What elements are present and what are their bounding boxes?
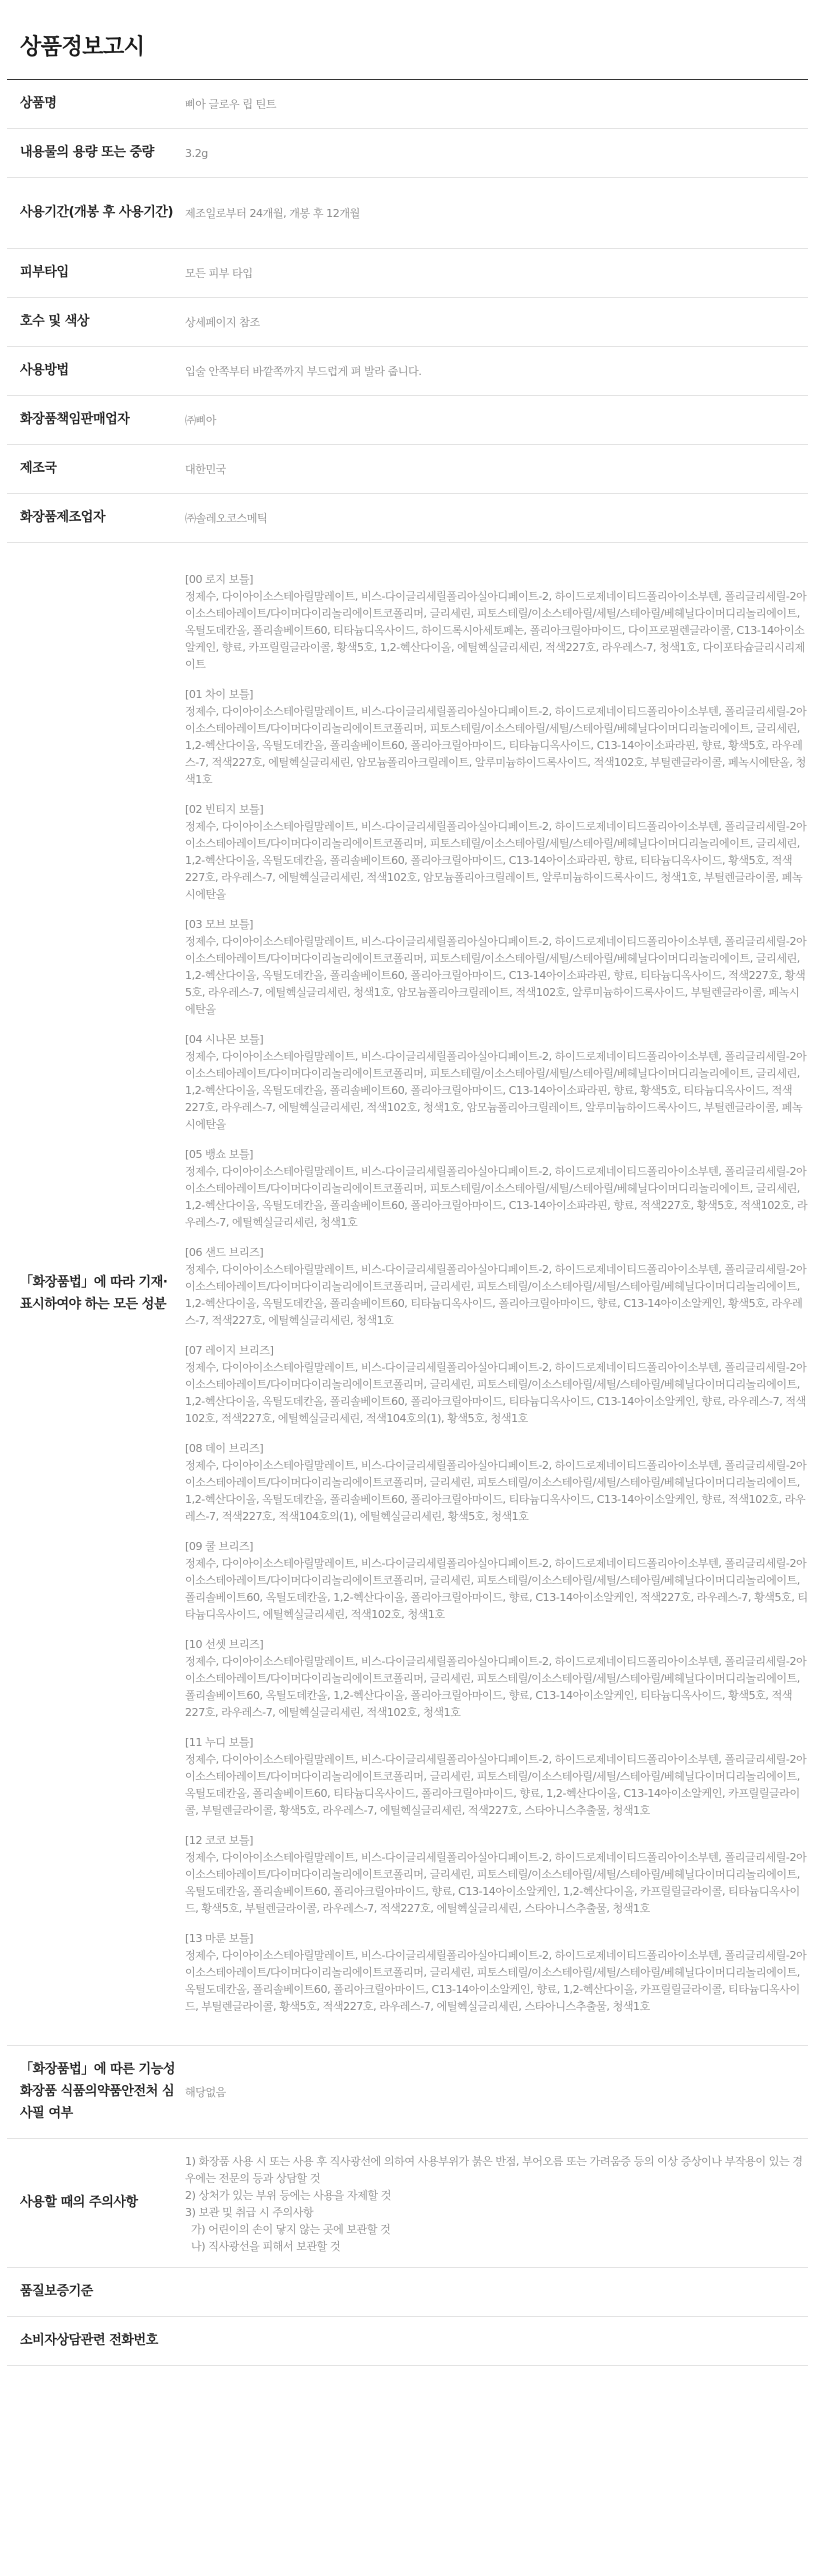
- ingredient-title: [09 쿨 브리즈]: [185, 1538, 808, 1555]
- ingredient-title: [06 샌드 브리즈]: [185, 1244, 808, 1261]
- value-seller: ㈜삐아: [185, 402, 808, 439]
- ingredient-text: 정제수, 다이아이소스테아릴말레이트, 비스-다이글리세릴폴리아실아디페이트-2…: [185, 1457, 808, 1525]
- ingredient-text: 정제수, 다이아이소스테아릴말레이트, 비스-다이글리세릴폴리아실아디페이트-2…: [185, 1555, 808, 1623]
- caution-line: 나) 직사광선을 피해서 보관할 것: [185, 2238, 808, 2255]
- label-caution: 사용할 때의 주의사항: [7, 2182, 185, 2224]
- ingredient-title: [01 차이 보틀]: [185, 686, 808, 703]
- label-quality: 품질보증기준: [7, 2271, 185, 2313]
- caution-line: 가) 어린이의 손이 닿지 않는 곳에 보관할 것: [185, 2221, 808, 2238]
- ingredient-block: [07 레이지 브리즈] 정제수, 다이아이소스테아릴말레이트, 비스-다이글리…: [185, 1342, 808, 1427]
- ingredient-title: [02 빈티지 보틀]: [185, 801, 808, 818]
- value-product-name: 삐아 글로우 립 틴트: [185, 86, 808, 123]
- ingredient-block: [12 코코 보틀] 정제수, 다이아이소스테아릴말레이트, 비스-다이글리세릴…: [185, 1832, 808, 1917]
- ingredient-text: 정제수, 다이아이소스테아릴말레이트, 비스-다이글리세릴폴리아실아디페이트-2…: [185, 1751, 808, 1819]
- ingredient-text: 정제수, 다이아이소스테아릴말레이트, 비스-다이글리세릴폴리아실아디페이트-2…: [185, 1261, 808, 1329]
- ingredient-title: [07 레이지 브리즈]: [185, 1342, 808, 1359]
- label-contact: 소비자상담관련 전화번호: [7, 2320, 185, 2362]
- ingredient-text: 정제수, 다이아이소스테아릴말레이트, 비스-다이글리세릴폴리아실아디페이트-2…: [185, 1163, 808, 1231]
- value-volume: 3.2g: [185, 135, 808, 172]
- product-info-table: 상품명 삐아 글로우 립 틴트 내용물의 용량 또는 중량 3.2g 사용기간(…: [7, 79, 808, 2366]
- label-ingredients: 「화장품법」에 따라 기재·표시하여야 하는 모든 성분: [7, 1262, 185, 1326]
- ingredient-block: [04 시나몬 보틀] 정제수, 다이아이소스테아릴말레이트, 비스-다이글리세…: [185, 1031, 808, 1133]
- label-seller: 화장품책임판매업자: [7, 399, 185, 441]
- ingredient-text: 정제수, 다이아이소스테아릴말레이트, 비스-다이글리세릴폴리아실아디페이트-2…: [185, 588, 808, 673]
- value-manufacturer: ㈜솔레오코스메틱: [185, 500, 808, 537]
- caution-line: 1) 화장품 사용 시 또는 사용 후 직사광선에 의하여 사용부위가 붉은 반…: [185, 2153, 808, 2187]
- row-contact: 소비자상담관련 전화번호: [7, 2317, 808, 2366]
- value-ingredients: [00 로지 보틀] 정제수, 다이아이소스테아릴말레이트, 비스-다이글리세릴…: [185, 543, 808, 2045]
- ingredient-text: 정제수, 다이아이소스테아릴말레이트, 비스-다이글리세릴폴리아실아디페이트-2…: [185, 703, 808, 788]
- ingredient-block: [00 로지 보틀] 정제수, 다이아이소스테아릴말레이트, 비스-다이글리세릴…: [185, 571, 808, 673]
- ingredient-block: [11 누디 보틀] 정제수, 다이아이소스테아릴말레이트, 비스-다이글리세릴…: [185, 1734, 808, 1819]
- row-ingredients: 「화장품법」에 따라 기재·표시하여야 하는 모든 성분 [00 로지 보틀] …: [7, 543, 808, 2046]
- row-shade: 호수 및 색상 상세페이지 참조: [7, 298, 808, 347]
- ingredient-title: [13 마룬 보틀]: [185, 1930, 808, 1947]
- ingredient-block: [06 샌드 브리즈] 정제수, 다이아이소스테아릴말레이트, 비스-다이글리세…: [185, 1244, 808, 1329]
- ingredient-text: 정제수, 다이아이소스테아릴말레이트, 비스-다이글리세릴폴리아실아디페이트-2…: [185, 1048, 808, 1133]
- value-quality: [185, 2282, 808, 2302]
- ingredient-text: 정제수, 다이아이소스테아릴말레이트, 비스-다이글리세릴폴리아실아디페이트-2…: [185, 1359, 808, 1427]
- ingredient-title: [11 누디 보틀]: [185, 1734, 808, 1751]
- row-volume: 내용물의 용량 또는 중량 3.2g: [7, 129, 808, 178]
- ingredient-title: [04 시나몬 보틀]: [185, 1031, 808, 1048]
- row-usage: 사용방법 입술 안쪽부터 바깥쪽까지 부드럽게 펴 발라 줍니다.: [7, 347, 808, 396]
- row-seller: 화장품책임판매업자 ㈜삐아: [7, 396, 808, 445]
- value-skin-type: 모든 피부 타입: [185, 255, 808, 292]
- caution-line: 3) 보관 및 취급 시 주의사항: [185, 2204, 808, 2221]
- ingredient-text: 정제수, 다이아이소스테아릴말레이트, 비스-다이글리세릴폴리아실아디페이트-2…: [185, 933, 808, 1018]
- label-shade: 호수 및 색상: [7, 301, 185, 343]
- ingredient-title: [00 로지 보틀]: [185, 571, 808, 588]
- ingredient-title: [03 모브 보틀]: [185, 916, 808, 933]
- label-volume: 내용물의 용량 또는 중량: [7, 132, 185, 174]
- row-manufacturer: 화장품제조업자 ㈜솔레오코스메틱: [7, 494, 808, 543]
- ingredient-text: 정제수, 다이아이소스테아릴말레이트, 비스-다이글리세릴폴리아실아디페이트-2…: [185, 818, 808, 903]
- page-title: 상품정보고시: [7, 0, 808, 79]
- ingredient-block: [05 뱅쇼 보틀] 정제수, 다이아이소스테아릴말레이트, 비스-다이글리세릴…: [185, 1146, 808, 1231]
- ingredient-title: [08 데이 브리즈]: [185, 1440, 808, 1457]
- ingredient-title: [05 뱅쇼 보틀]: [185, 1146, 808, 1163]
- value-shelf-life: 제조일로부터 24개월, 개봉 후 12개월: [185, 195, 808, 232]
- ingredient-block: [02 빈티지 보틀] 정제수, 다이아이소스테아릴말레이트, 비스-다이글리세…: [185, 801, 808, 903]
- value-country: 대한민국: [185, 451, 808, 488]
- row-quality: 품질보증기준: [7, 2268, 808, 2317]
- value-contact: [185, 2331, 808, 2351]
- label-shelf-life: 사용기간(개봉 후 사용기간): [7, 192, 185, 234]
- row-product-name: 상품명 삐아 글로우 립 틴트: [7, 80, 808, 129]
- row-country: 제조국 대한민국: [7, 445, 808, 494]
- label-country: 제조국: [7, 448, 185, 490]
- value-shade: 상세페이지 참조: [185, 304, 808, 341]
- ingredient-block: [09 쿨 브리즈] 정제수, 다이아이소스테아릴말레이트, 비스-다이글리세릴…: [185, 1538, 808, 1623]
- caution-line: 2) 상처가 있는 부위 등에는 사용을 자제할 것: [185, 2187, 808, 2204]
- ingredient-text: 정제수, 다이아이소스테아릴말레이트, 비스-다이글리세릴폴리아실아디페이트-2…: [185, 1849, 808, 1917]
- ingredient-text: 정제수, 다이아이소스테아릴말레이트, 비스-다이글리세릴폴리아실아디페이트-2…: [185, 1947, 808, 2015]
- ingredient-title: [12 코코 보틀]: [185, 1832, 808, 1849]
- ingredient-block: [08 데이 브리즈] 정제수, 다이아이소스테아릴말레이트, 비스-다이글리세…: [185, 1440, 808, 1525]
- ingredient-title: [10 선셋 브리즈]: [185, 1636, 808, 1653]
- value-usage: 입술 안쪽부터 바깥쪽까지 부드럽게 펴 발라 줍니다.: [185, 353, 808, 390]
- row-skin-type: 피부타입 모든 피부 타입: [7, 249, 808, 298]
- ingredient-text: 정제수, 다이아이소스테아릴말레이트, 비스-다이글리세릴폴리아실아디페이트-2…: [185, 1653, 808, 1721]
- label-usage: 사용방법: [7, 350, 185, 392]
- row-caution: 사용할 때의 주의사항 1) 화장품 사용 시 또는 사용 후 직사광선에 의하…: [7, 2139, 808, 2268]
- label-product-name: 상품명: [7, 83, 185, 125]
- row-shelf-life: 사용기간(개봉 후 사용기간) 제조일로부터 24개월, 개봉 후 12개월: [7, 178, 808, 249]
- ingredient-block: [13 마룬 보틀] 정제수, 다이아이소스테아릴말레이트, 비스-다이글리세릴…: [185, 1930, 808, 2015]
- ingredient-block: [01 차이 보틀] 정제수, 다이아이소스테아릴말레이트, 비스-다이글리세릴…: [185, 686, 808, 788]
- label-manufacturer: 화장품제조업자: [7, 497, 185, 539]
- ingredient-block: [03 모브 보틀] 정제수, 다이아이소스테아릴말레이트, 비스-다이글리세릴…: [185, 916, 808, 1018]
- row-functional: 「화장품법」에 따른 기능성 화장품 식품의약품안전처 심사필 여부 해당없음: [7, 2046, 808, 2139]
- label-skin-type: 피부타입: [7, 252, 185, 294]
- label-functional: 「화장품법」에 따른 기능성 화장품 식품의약품안전처 심사필 여부: [7, 2049, 185, 2135]
- ingredient-block: [10 선셋 브리즈] 정제수, 다이아이소스테아릴말레이트, 비스-다이글리세…: [185, 1636, 808, 1721]
- value-caution: 1) 화장품 사용 시 또는 사용 후 직사광선에 의하여 사용부위가 붉은 반…: [185, 2139, 808, 2267]
- value-functional: 해당없음: [185, 2074, 808, 2111]
